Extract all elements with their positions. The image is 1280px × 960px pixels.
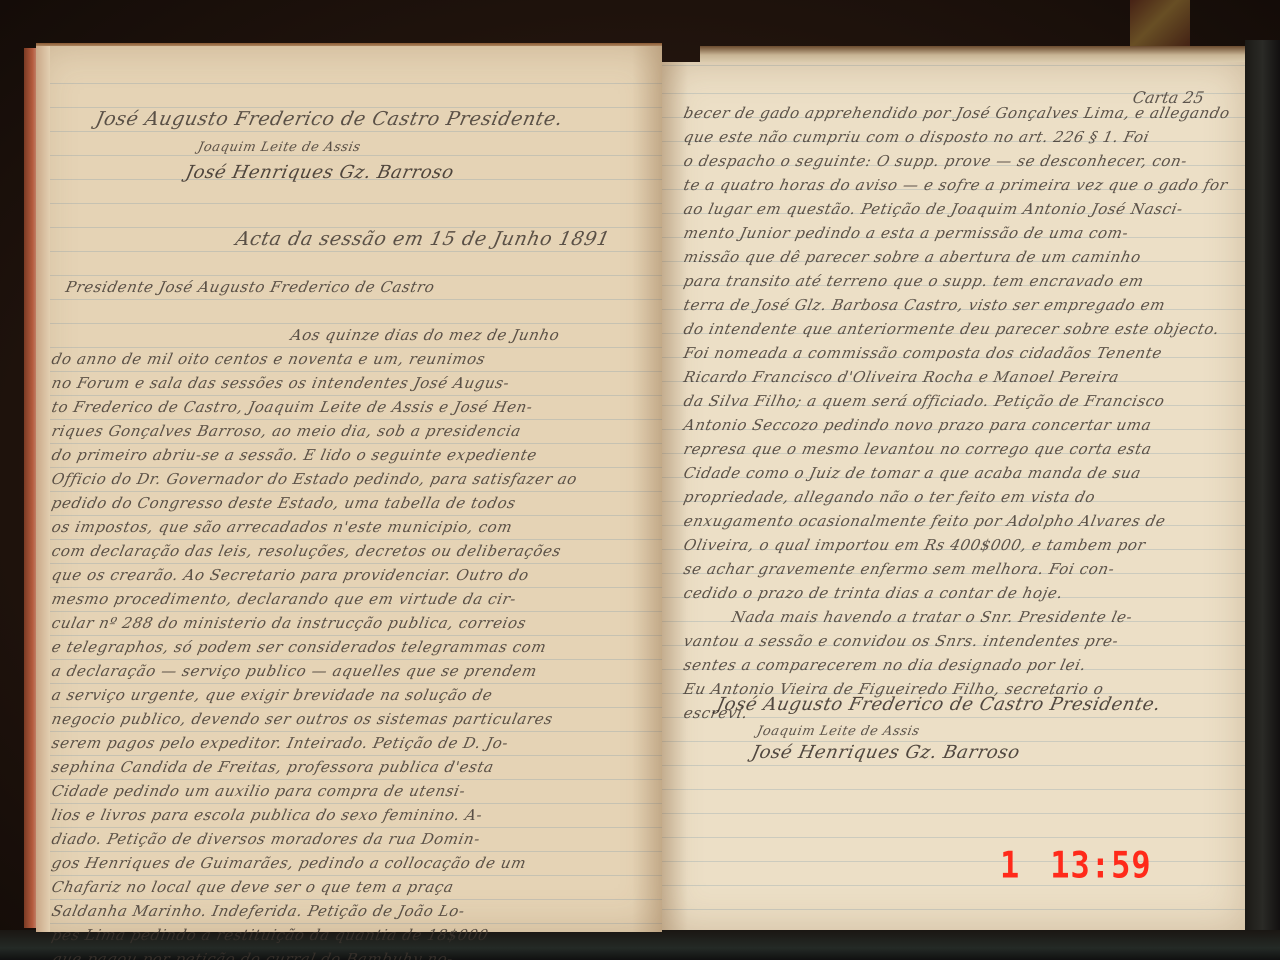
text-line: Aos quinze dias do mez de Junho [289,326,561,344]
text-line: para transito até terreno que o supp. te… [682,272,1146,290]
text-line: Nada mais havendo a tratar o Snr. Presid… [730,608,1134,626]
text-line: Officio do Dr. Governador do Estado pedi… [50,470,579,488]
text-line: que pagou por petição do curral do Bambu… [50,950,455,960]
text-line: mesmo procedimento, declarando que em vi… [50,590,518,608]
text-line: que os crearão. Ao Secretario para provi… [50,566,531,584]
text-line: serem pagos pelo expeditor. Inteirado. P… [50,734,510,752]
text-line: a serviço urgente, que exigir brevidade … [50,686,494,704]
text-line: cular nº 288 do ministerio da instrucção… [50,614,528,632]
closing-signature-president: José Augusto Frederico de Castro Preside… [715,694,1163,715]
text-line: pedido do Congresso deste Estado, uma ta… [50,494,518,512]
text-line: do anno de mil oito centos e noventa e u… [50,350,487,368]
text-line: no Forum e sala das sessões os intendent… [50,374,511,392]
timestamp-time: 13:59 [1050,843,1151,887]
text-line: represa que o mesmo levantou no corrego … [682,440,1153,458]
text-line: mento Junior pedindo a esta a permissão … [682,224,1130,242]
text-line: a declaração — serviço publico — aquelle… [50,662,539,680]
text-line: riques Gonçalves Barroso, ao meio dia, s… [50,422,523,440]
text-line: pes Lima pedindo a restituição da quanti… [50,926,490,944]
text-line: Chafariz no local que deve ser o que tem… [50,878,455,896]
page-number: Carta 25 [1131,88,1205,107]
text-line: sentes a comparecerem no dia designado p… [682,656,1088,674]
text-line: to Frederico de Castro, Joaquim Leite de… [50,398,534,416]
camera-timestamp: 113:59 [1000,843,1152,887]
left-page: José Augusto Frederico de Castro Preside… [36,46,662,932]
president-line: Presidente José Augusto Frederico de Cas… [64,278,436,296]
text-line: vantou a sessão e convidou os Snrs. inte… [682,632,1120,650]
closing-signature-barroso: José Henriques Gz. Barroso [750,742,1022,763]
text-line: gos Henriques de Guimarães, pedindo a co… [50,854,528,872]
text-line: do primeiro abriu-se a sessão. E lido o … [50,446,539,464]
text-line: Ricardo Francisco d'Oliveira Rocha e Man… [682,368,1121,386]
text-line: missão que dê parecer sobre a abertura d… [682,248,1143,266]
text-line: ao lugar em questão. Petição de Joaquim … [682,200,1185,218]
text-line: que este não cumpriu com o disposto no a… [682,128,1151,146]
text-line: terra de José Glz. Barbosa Castro, visto… [682,296,1167,314]
text-line: lios e livros para escola publica do sex… [50,806,484,824]
text-line: com declaração das leis, resoluções, dec… [50,542,563,560]
text-line: Oliveira, o qual importou em Rs 400$000,… [682,536,1147,554]
header-signature-president: José Augusto Frederico de Castro Preside… [94,108,565,130]
text-line: negocio publico, devendo ser outros os s… [50,710,555,728]
text-line: Cidade pedindo um auxilio para compra de… [50,782,467,800]
text-line: enxugamento ocasionalmente feito por Ado… [682,512,1167,530]
background-right-edge [1245,40,1280,940]
text-line: os impostos, que são arrecadados n'este … [50,518,514,536]
text-line: Foi nomeada a commissão composta dos cid… [682,344,1164,362]
timestamp-day: 1 [1000,843,1020,887]
text-line: te a quatro horas do aviso — e sofre a p… [682,176,1229,194]
right-page: becer de gado apprehendido por José Gonç… [662,62,1245,930]
text-line: diado. Petição de diversos moradores da … [50,830,482,848]
text-line: Antonio Seccozo pedindo novo prazo para … [682,416,1153,434]
text-line: da Silva Filho; a quem será officiado. P… [682,392,1166,410]
text-line: e telegraphos, só podem ser considerados… [50,638,548,656]
text-line: sephina Candida de Freitas, professora p… [50,758,496,776]
session-title: Acta da sessão em 15 de Junho 1891 [234,228,612,250]
text-line: do intendente que anteriormente deu pare… [682,320,1221,338]
header-signature-assis: Joaquim Leite de Assis [196,140,362,155]
header-signature-barroso: José Henriques Gz. Barroso [184,162,456,183]
text-line: se achar gravemente enfermo sem melhora.… [682,560,1116,578]
text-line: Cidade como o Juiz de tomar a que acaba … [682,464,1143,482]
text-line: o despacho o seguinte: O supp. prove — s… [682,152,1189,170]
closing-signature-assis: Joaquim Leite de Assis [755,724,921,739]
text-line: cedido o prazo de trinta dias a contar d… [682,584,1065,602]
text-line: Saldanha Marinho. Indeferida. Petição de… [50,902,467,920]
text-line: propriedade, allegando não o ter feito e… [682,488,1097,506]
